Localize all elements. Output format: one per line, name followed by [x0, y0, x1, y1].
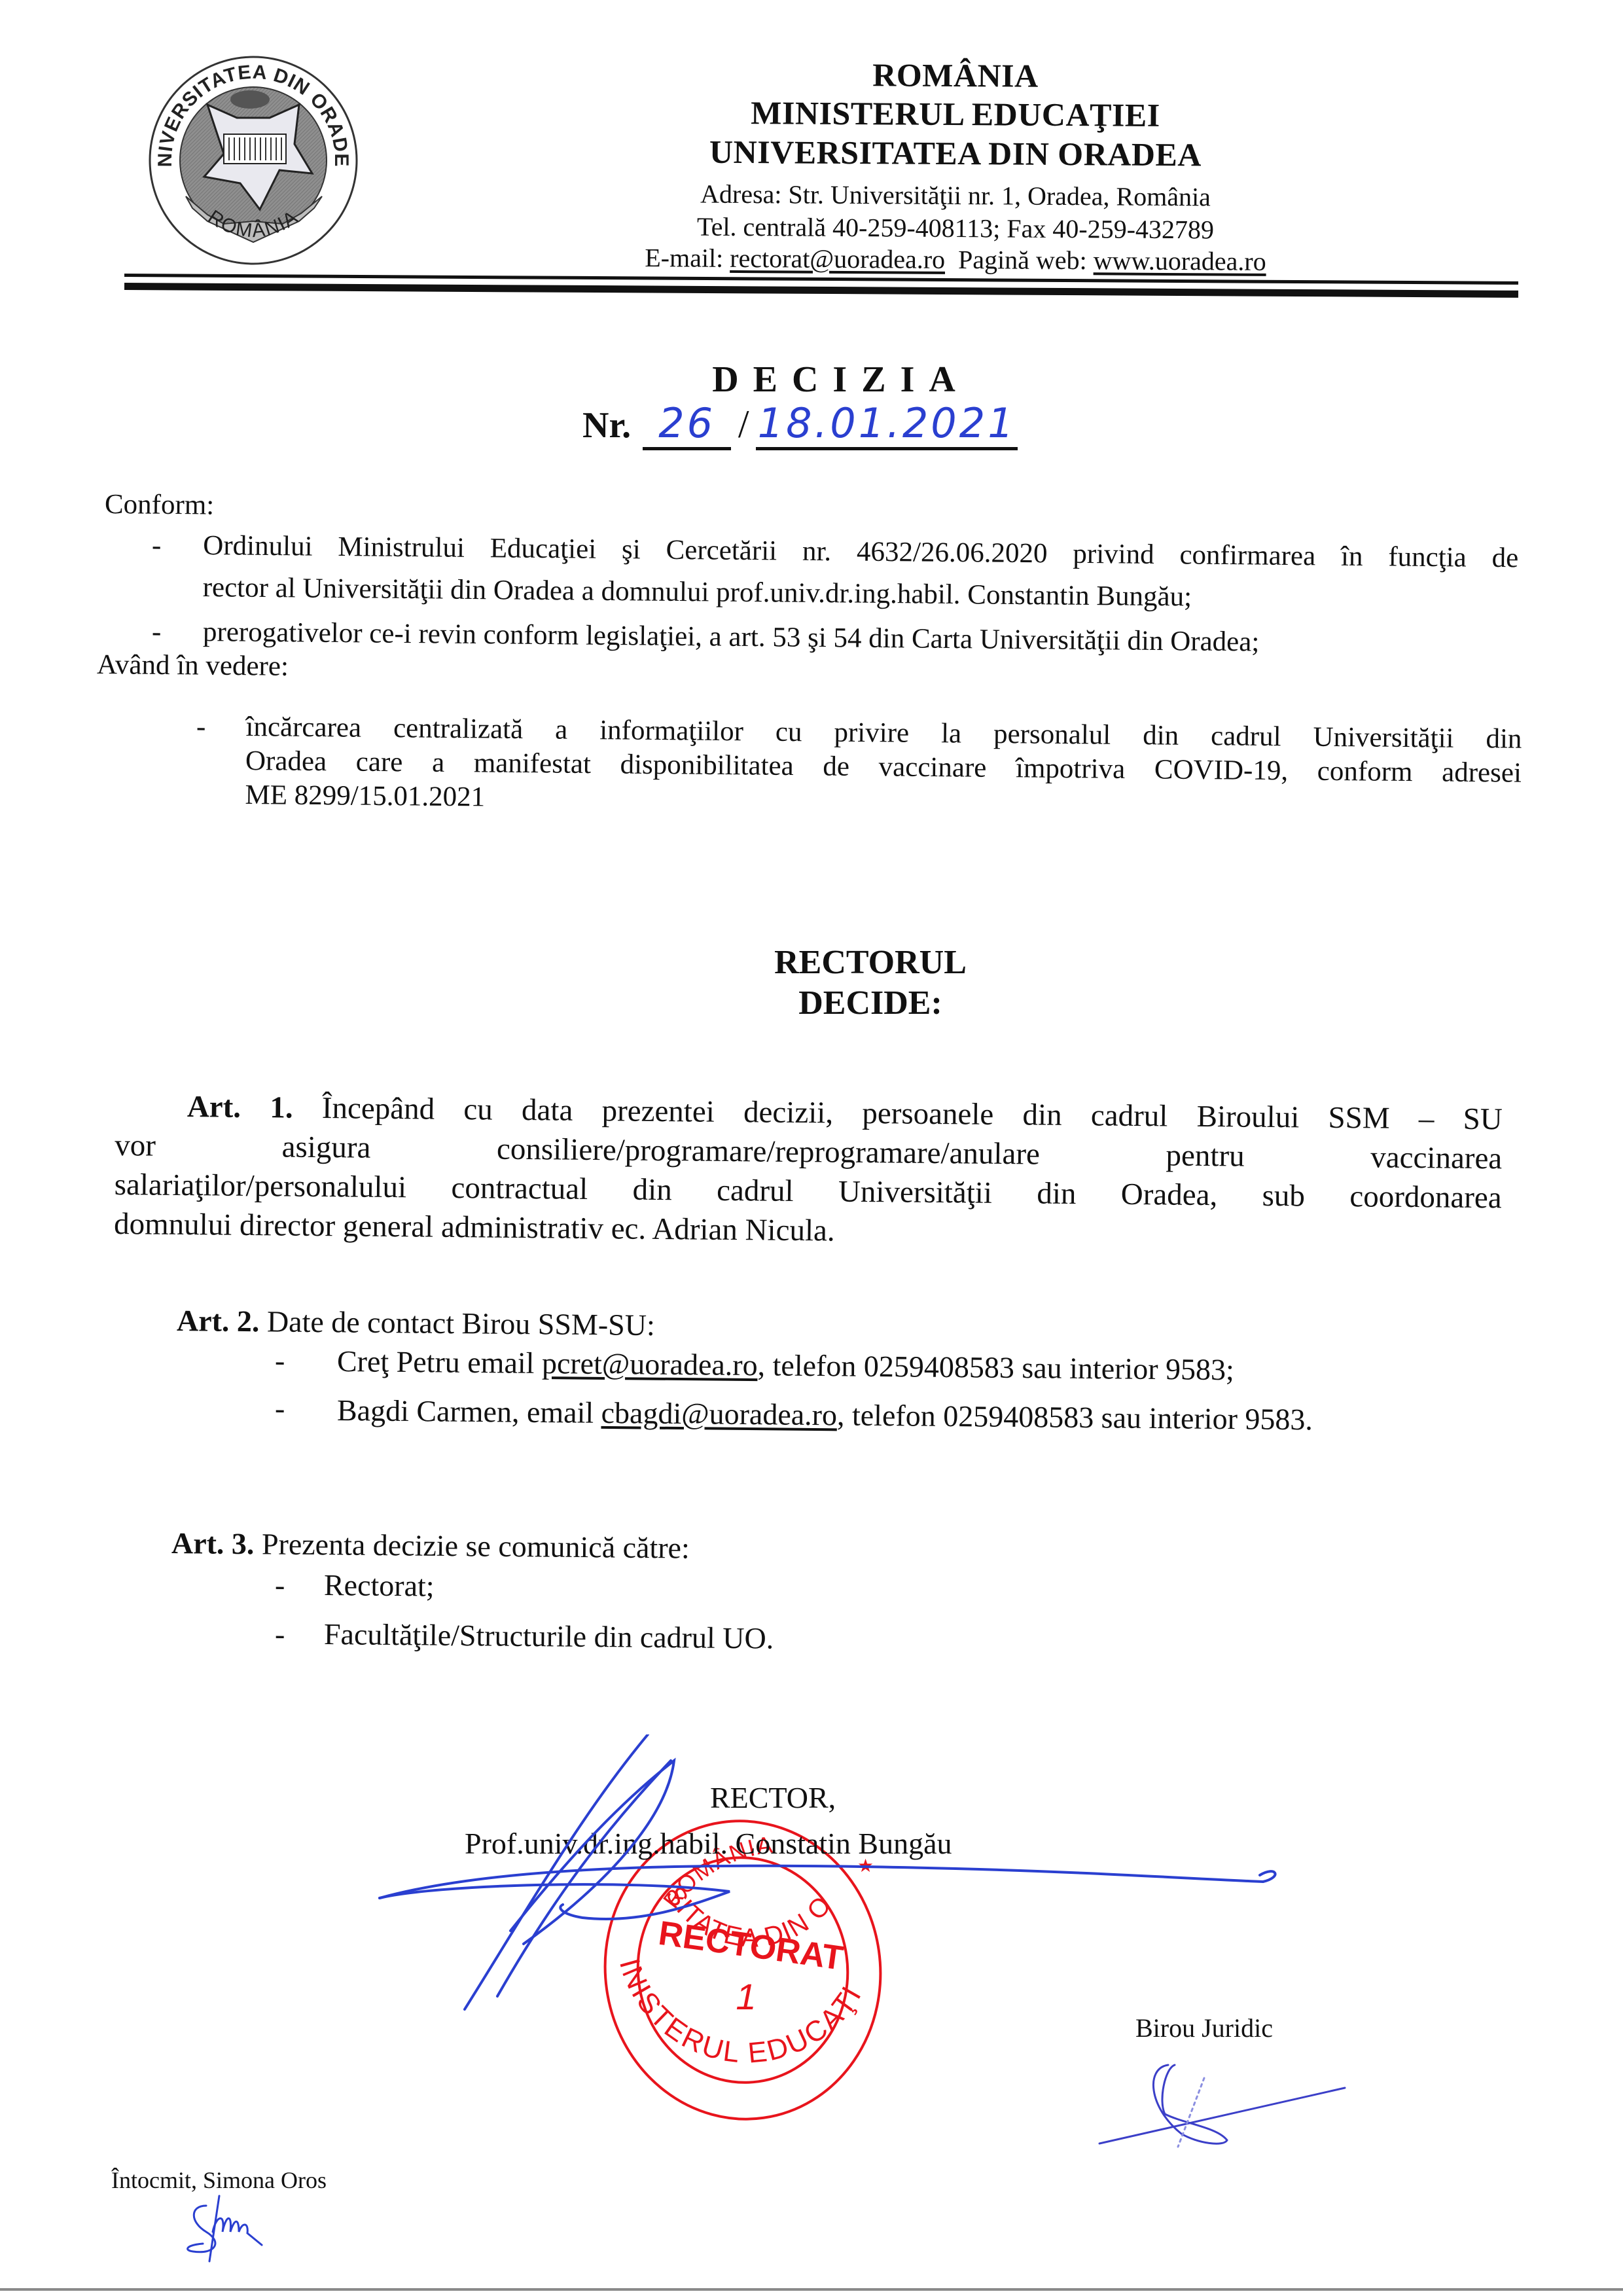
conform-item-1-line-2: rector al Universităţii din Oradea a dom… [202, 571, 1518, 617]
conform-label: Conform: [105, 488, 215, 523]
conform-item-1-line-1: Ordinului Ministrului Educaţiei şi Cerce… [203, 529, 1518, 575]
decision-heading: RECTORUL DECIDE: [0, 942, 1623, 1024]
header-contact-line: E-mail: rectorat@uoradea.ro Pagină web: … [537, 242, 1374, 278]
bullet-dash: - [152, 529, 162, 563]
conform-item-1: Ordinului Ministrului Educaţiei şi Cerce… [202, 529, 1518, 617]
recipient-faculties: Facultăţile/Structurile din cadrul UO. [324, 1617, 774, 1656]
header-university: UNIVERSITATEA DIN ORADEA [537, 132, 1374, 175]
article-2: Art. 2. Date de contact Birou SSM-SU: [177, 1302, 655, 1344]
bullet-dash: - [275, 1343, 285, 1378]
recipient-rectorat: Rectorat; [324, 1568, 435, 1604]
decision-number-separator: / [734, 402, 753, 447]
decision-number: 26 [643, 399, 731, 450]
header-ministry: MINISTERUL EDUCAŢIEI [537, 92, 1374, 135]
header-country: ROMÂNIA [537, 54, 1374, 97]
bullet-dash: - [275, 1617, 285, 1651]
header-phone: Tel. centrală 40-259-408113; Fax 40-259-… [537, 211, 1374, 246]
bullet-dash: - [275, 1568, 285, 1602]
document-title: DECIZIA [0, 359, 1623, 401]
bullet-dash: - [275, 1391, 285, 1426]
decision-heading-line-1: RECTORUL [118, 942, 1623, 983]
header-address: Adresa: Str. Universităţii nr. 1, Oradea… [537, 178, 1374, 213]
prepared-by-label: Întocmit, Simona Oros [111, 2166, 327, 2194]
legal-office-signature-icon [1093, 2029, 1368, 2160]
header-rule-thick [124, 283, 1518, 298]
decision-number-row: Nr. 26 / 18.01.2021 [582, 399, 1018, 458]
web-link[interactable]: www.uoradea.ro [1094, 245, 1266, 276]
decision-date: 18.01.2021 [756, 399, 1018, 450]
contact-bagdi-carmen: Bagdi Carmen, email cbagdi@uoradea.ro, t… [337, 1391, 1502, 1441]
conform-item-2: prerogativelor ce-i revin conform legisl… [203, 615, 1512, 662]
contact-email-link[interactable]: cbagdi@uoradea.ro [601, 1396, 837, 1431]
bullet-dash: - [152, 615, 162, 649]
article-3-label: Art. 3. [171, 1526, 255, 1560]
avand-item-1: încărcarea centralizată a informaţiilor … [245, 710, 1522, 825]
prepared-by-signature-icon [177, 2193, 308, 2271]
bullet-dash: - [196, 710, 206, 744]
article-3-text: Prezenta decizie se comunică către: [262, 1527, 690, 1564]
article-2-text: Date de contact Birou SSM-SU: [267, 1304, 655, 1342]
decision-number-label: Nr. [582, 405, 631, 446]
email-label: E-mail: [645, 243, 723, 273]
article-1-label: Art. 1. [187, 1090, 293, 1125]
avand-label: Având în vedere: [97, 648, 289, 684]
web-label: Pagină web: [958, 245, 1087, 275]
email-link[interactable]: rectorat@uoradea.ro [730, 243, 945, 274]
page-bottom-edge [0, 2288, 1623, 2291]
decision-heading-line-2: DECIDE: [118, 983, 1623, 1024]
article-3: Art. 3. Prezenta decizie se comunică căt… [171, 1525, 690, 1567]
contact-cret-petru: Creţ Petru email pcret@uoradea.ro, telef… [337, 1343, 1234, 1388]
university-seal-icon: UNIVERSITATEA DIN ORADEA ROMÂNIA [145, 52, 361, 268]
article-2-label: Art. 2. [177, 1304, 260, 1338]
article-1: Art. 1. Începând cu data prezentei deciz… [114, 1086, 1503, 1257]
contact-email-link[interactable]: pcret@uoradea.ro [542, 1346, 758, 1382]
